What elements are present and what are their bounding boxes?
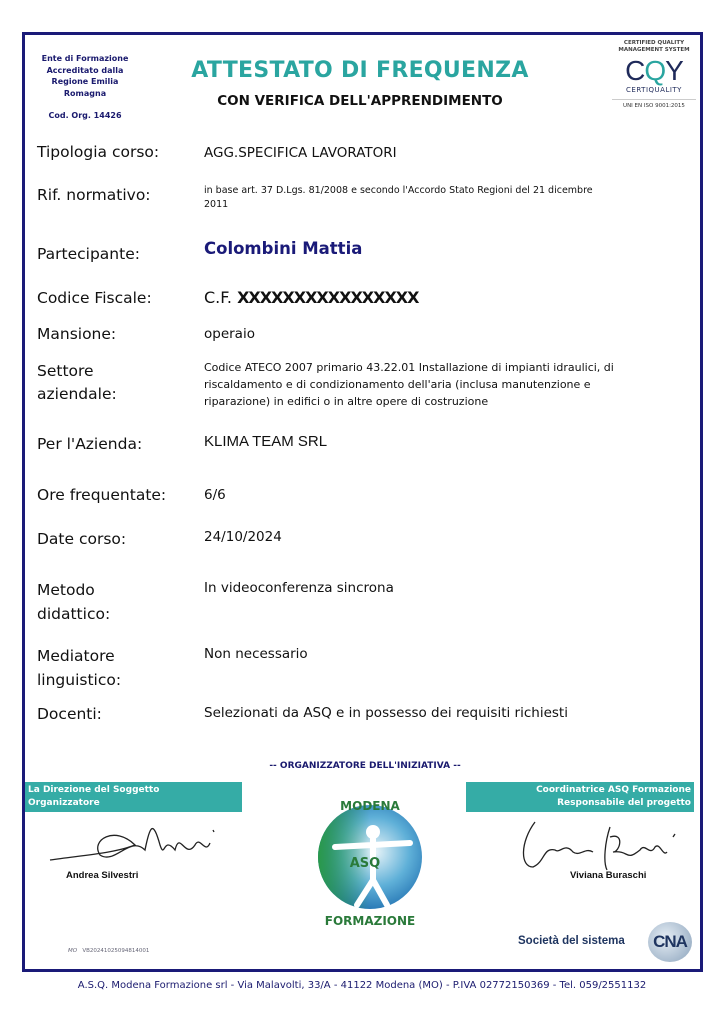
value-date: 24/10/2024 xyxy=(204,529,282,545)
signatory-left-name: Andrea Silvestri xyxy=(66,870,138,881)
label-metodo-2: didattico: xyxy=(37,605,110,623)
cert-line: MANAGEMENT SYSTEM xyxy=(608,47,700,54)
svg-text:FORMAZIONE: FORMAZIONE xyxy=(325,914,415,928)
organizzatore-heading: -- ORGANIZZATORE DELL'INIZIATIVA -- xyxy=(200,761,530,771)
value-mediatore: Non necessario xyxy=(204,646,308,662)
signatory-right-name: Viviana Buraschi xyxy=(570,870,646,881)
ente-line: Accreditato dalla xyxy=(30,65,140,77)
label-docenti: Docenti: xyxy=(37,705,102,723)
label-mediatore-2: linguistico: xyxy=(37,671,121,689)
label-azienda: Per l'Azienda: xyxy=(37,435,142,453)
cert-name: CERTIQUALITY xyxy=(608,86,700,94)
certiquality-logo: CERTIFIED QUALITY MANAGEMENT SYSTEM CQY … xyxy=(608,40,700,109)
label-ore: Ore frequentate: xyxy=(37,486,166,504)
value-mansione: operaio xyxy=(204,326,255,342)
page-title: ATTESTATO DI FREQUENZA xyxy=(170,58,550,83)
value-settore: Codice ATECO 2007 primario 43.22.01 Inst… xyxy=(204,359,614,410)
footer-address: A.S.Q. Modena Formazione srl - Via Malav… xyxy=(0,980,724,991)
signature-right-icon xyxy=(515,812,685,877)
label-rif: Rif. normativo: xyxy=(37,186,151,204)
label-settore-2: aziendale: xyxy=(37,385,117,403)
label-codice-fiscale: Codice Fiscale: xyxy=(37,289,152,307)
value-ore: 6/6 xyxy=(204,487,226,503)
value-rif: in base art. 37 D.Lgs. 81/2008 e secondo… xyxy=(204,184,604,212)
redacted-cf: XXXXXXXXXXXXXXXX xyxy=(237,288,418,307)
label-tipologia: Tipologia corso: xyxy=(37,143,159,161)
mo-code: MO VB20241025094814001 xyxy=(68,948,149,954)
ente-accreditation: Ente di Formazione Accreditato dalla Reg… xyxy=(30,53,140,99)
cqy-logo-icon: CQY xyxy=(608,56,700,86)
cert-line: CERTIFIED QUALITY xyxy=(608,40,700,47)
signature-left-icon xyxy=(45,815,230,875)
cna-logo-icon: CNA xyxy=(648,922,692,962)
value-azienda: KLIMA TEAM SRL xyxy=(204,433,327,450)
ente-line: Ente di Formazione xyxy=(30,53,140,65)
label-metodo-1: Metodo xyxy=(37,581,95,599)
band-direzione: La Direzione del Soggetto Organizzatore xyxy=(25,782,242,812)
ente-line: Romagna xyxy=(30,88,140,100)
value-codice-fiscale: C.F. XXXXXXXXXXXXXXXX xyxy=(204,288,418,307)
label-mansione: Mansione: xyxy=(37,325,116,343)
band-coordinatrice: Coordinatrice ASQ Formazione Responsabil… xyxy=(466,782,694,812)
value-metodo: In videoconferenza sincrona xyxy=(204,580,394,596)
value-docenti: Selezionati da ASQ e in possesso dei req… xyxy=(204,705,568,721)
value-tipologia: AGG.SPECIFICA LAVORATORI xyxy=(204,145,397,161)
label-settore-1: Settore xyxy=(37,362,94,380)
page-subtitle: CON VERIFICA DELL'APPRENDIMENTO xyxy=(170,93,550,109)
svg-text:ASQ: ASQ xyxy=(350,856,380,871)
label-partecipante: Partecipante: xyxy=(37,245,140,263)
value-partecipante: Colombini Mattia xyxy=(204,239,362,258)
societa-del-sistema: Società del sistema xyxy=(518,935,625,947)
svg-text:MODENA: MODENA xyxy=(340,799,400,813)
ente-line: Regione Emilia xyxy=(30,76,140,88)
asq-modena-formazione-logo: MODENA ASQ FORMAZIONE xyxy=(295,785,445,935)
cod-org: Cod. Org. 14426 xyxy=(30,111,140,120)
label-date: Date corso: xyxy=(37,530,126,548)
cert-iso: UNI EN ISO 9001:2015 xyxy=(608,103,700,109)
label-mediatore-1: Mediatore xyxy=(37,647,115,665)
